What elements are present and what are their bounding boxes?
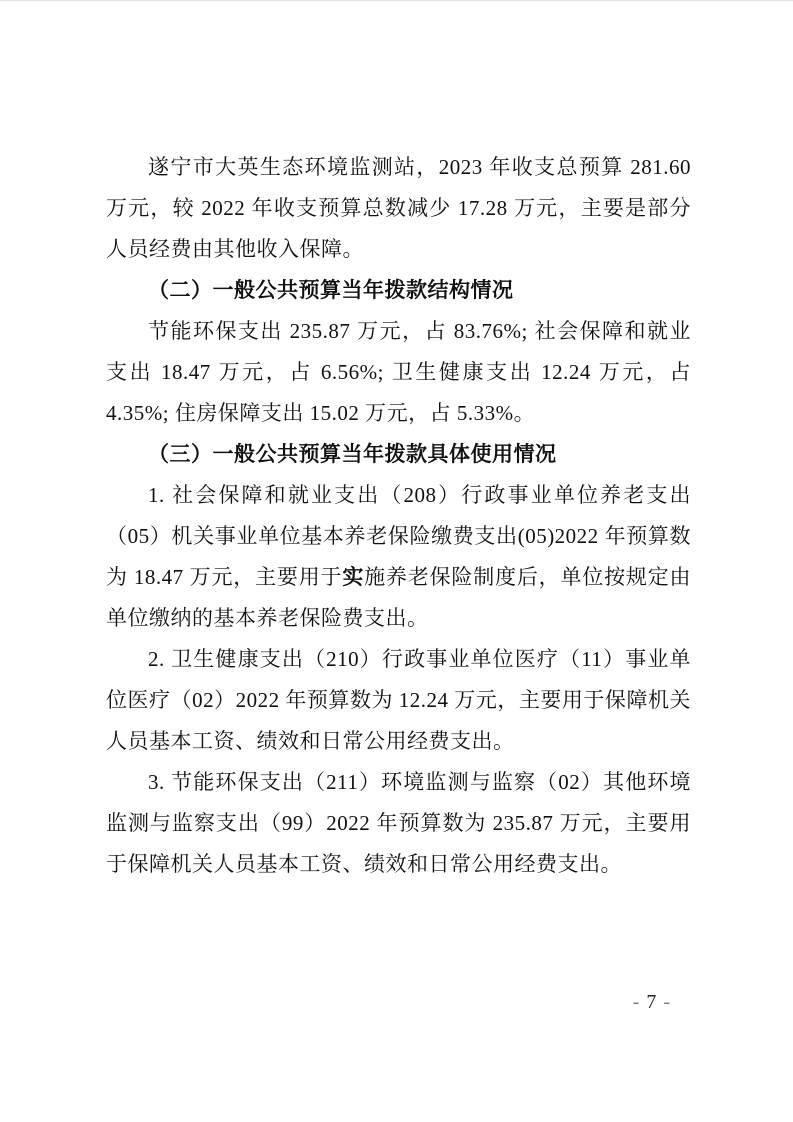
page-number-right-dash: -: [656, 991, 677, 1013]
page-number: -7-: [626, 991, 677, 1013]
paragraph-item-3: 3. 节能环保支出（211）环境监测与监察（02）其他环境监测与监察支出（99）…: [106, 762, 691, 885]
page-number-value: 7: [646, 991, 656, 1013]
page-top-divider: [0, 0, 793, 1]
paragraph-item-2: 2. 卫生健康支出（210）行政事业单位医疗（11）事业单位医疗（02）2022…: [106, 639, 691, 762]
item-1-emphasized-character: 实: [342, 566, 364, 589]
paragraph-allocation-structure: 节能环保支出 235.87 万元，占 83.76%; 社会保障和就业支出 18.…: [106, 311, 691, 434]
heading-section-2: （二）一般公共预算当年拨款结构情况: [106, 270, 691, 311]
heading-section-3: （三）一般公共预算当年拨款具体使用情况: [106, 434, 691, 475]
document-page: 遂宁市大英生态环境监测站，2023 年收支总预算 281.60 万元，较 202…: [0, 0, 793, 1122]
paragraph-budget-overview: 遂宁市大英生态环境监测站，2023 年收支总预算 281.60 万元，较 202…: [106, 147, 691, 270]
page-number-left-dash: -: [626, 991, 647, 1013]
document-body: 遂宁市大英生态环境监测站，2023 年收支总预算 281.60 万元，较 202…: [106, 147, 691, 885]
paragraph-item-1: 1. 社会保障和就业支出（208）行政事业单位养老支出（05）机关事业单位基本养…: [106, 475, 691, 639]
